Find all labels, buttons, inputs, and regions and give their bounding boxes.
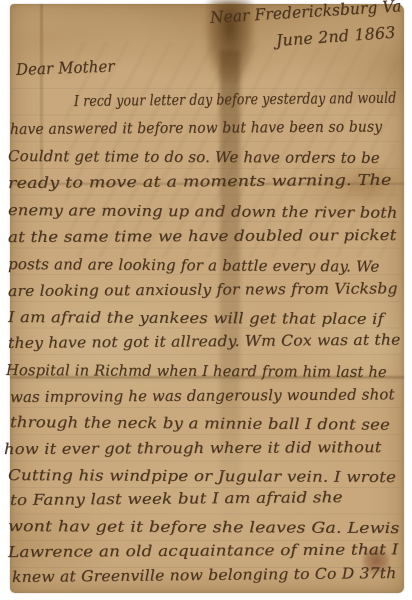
letter-line: posts and are looking for a battle every…: [8, 255, 380, 276]
letter-line: knew at Greenville now belonging to Co D…: [12, 564, 397, 586]
letter-line: wont hav get it before she leaves Ga. Le…: [8, 517, 400, 537]
letter-line: Lawrence an old acquaintance of mine tha…: [8, 540, 399, 561]
letter-line: how it ever got through where it did wit…: [4, 438, 382, 458]
letter-date-line: June 2nd 1863: [275, 23, 396, 50]
letter-salutation: Dear Mother: [16, 57, 115, 79]
letter-line: have answered it before now but have bee…: [10, 117, 382, 138]
letter-line: at the same time we have doubled our pic…: [8, 226, 397, 246]
letter-line: to Fanny last week but I am afraid she: [10, 488, 343, 509]
letter-line: Cutting his windpipe or Jugular vein. I …: [8, 466, 396, 486]
letter-line: was improving he was dangerously wounded…: [10, 385, 395, 406]
letter-line: I recd your letter day before yesterday …: [74, 89, 397, 110]
letter-line: I am afraid the yankees will get that pl…: [8, 308, 384, 328]
letter-line: are looking out anxiously for news from …: [8, 279, 398, 300]
letter-line: ready to move at a moments warning. The: [8, 171, 392, 192]
letter-line: Couldnt get time to do so. We have order…: [8, 147, 380, 167]
letter-line: enemy are moving up and down the river b…: [8, 201, 398, 222]
letter-paper: Near Fredericksburg Va June 2nd 1863 Dea…: [10, 4, 404, 593]
letter-line: they have not got it allready. Wm Cox wa…: [8, 331, 401, 352]
letter-scan: Near Fredericksburg Va June 2nd 1863 Dea…: [0, 0, 412, 600]
letter-line: through the neck by a minnie ball I dont…: [10, 413, 390, 434]
letter-line: Hospital in Richmd when I heard from him…: [6, 361, 387, 381]
